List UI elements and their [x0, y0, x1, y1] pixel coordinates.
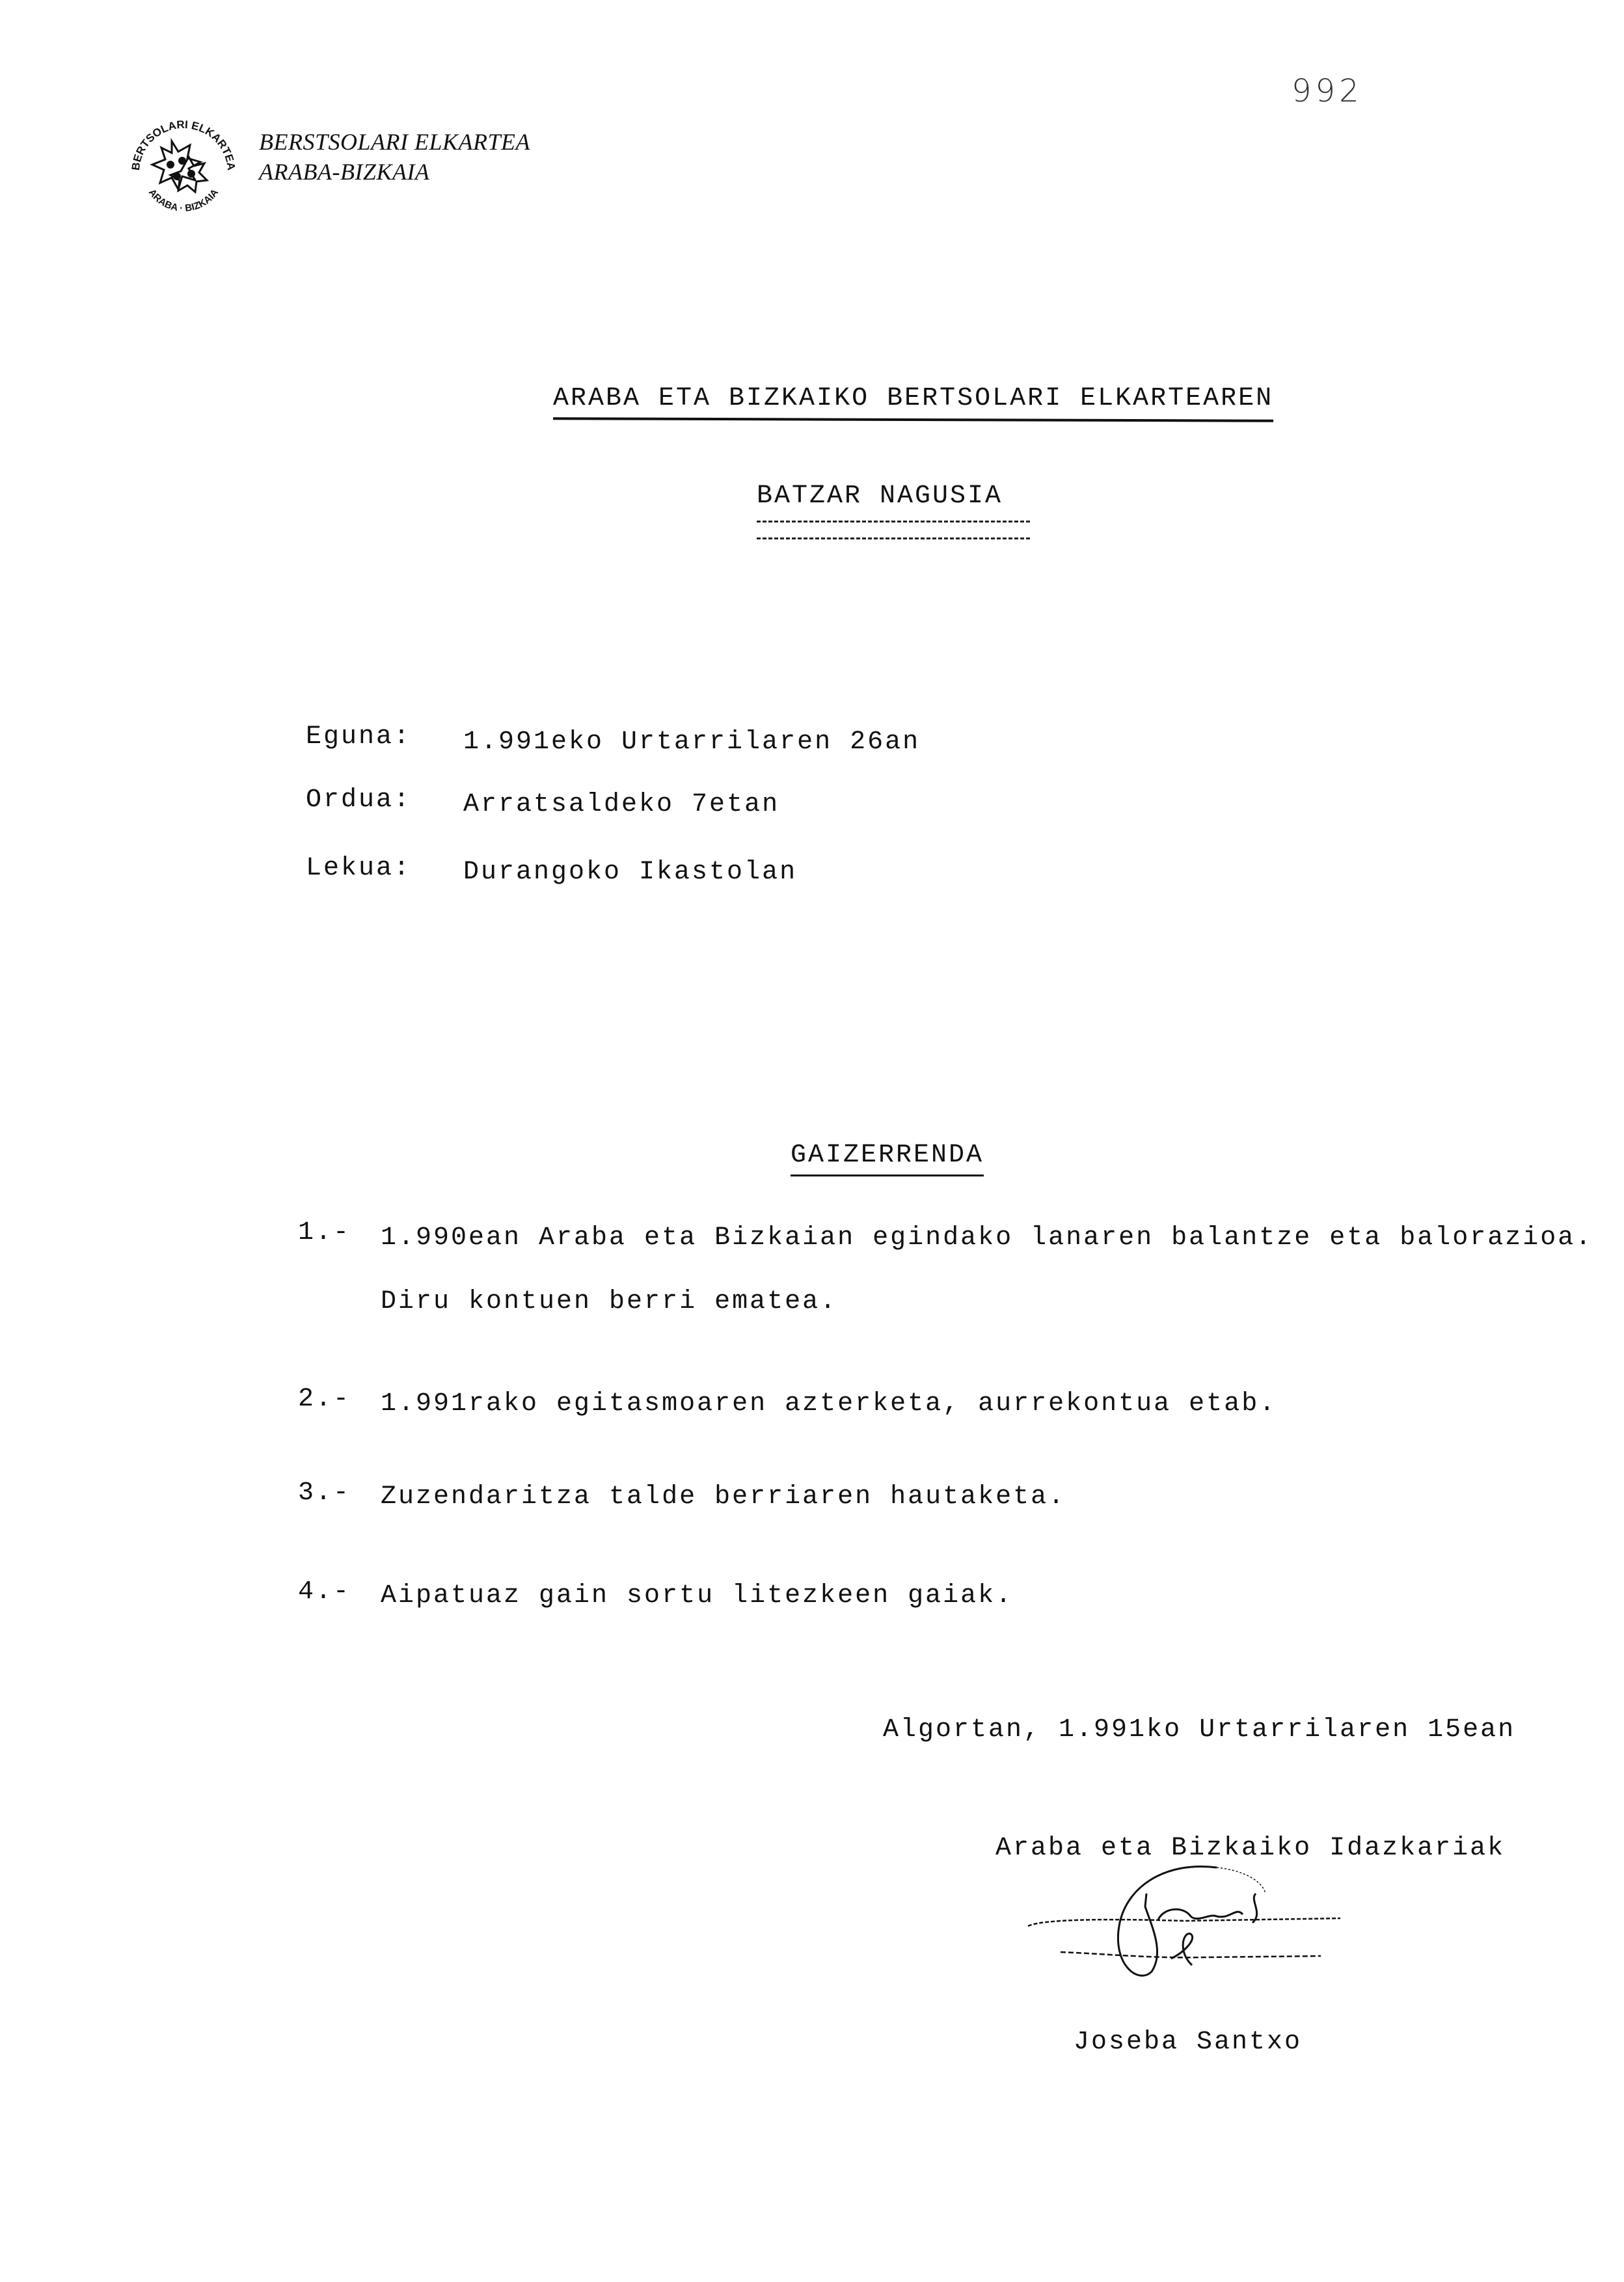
meeting-place-label: Lekua:	[306, 854, 411, 883]
seal-ring-bottom: ARABA · BIZKAIA	[146, 187, 221, 213]
agenda-item-text: Aipatuaz gain sortu litezkeen gaiak.	[381, 1581, 1013, 1610]
agenda-item-text: 1.991rako egitasmoaren azterketa, aurrek…	[381, 1389, 1277, 1419]
agenda-item-number: 4.-	[298, 1577, 351, 1607]
meeting-time-label: Ordua:	[306, 785, 411, 815]
svg-text:ARABA · BIZKAIA: ARABA · BIZKAIA	[146, 187, 221, 213]
signatory-name: Joseba Santxo	[1074, 2028, 1302, 2057]
document-title: ARABA ETA BIZKAIKO BERTSOLARI ELKARTEARE…	[553, 384, 1273, 413]
agenda-title-underline	[791, 1175, 984, 1176]
title-underline	[553, 417, 1273, 422]
agenda-title: GAIZERRENDA	[791, 1141, 984, 1170]
agenda-item-number: 3.-	[298, 1478, 351, 1508]
organization-name: BERSTSOLARI ELKARTEA ARABA-BIZKAIA	[259, 127, 530, 187]
document-subtitle-text: BATZAR NAGUSIA	[757, 482, 1003, 511]
meeting-date-label: Eguna:	[306, 722, 411, 752]
organization-seal-icon: BERTSOLARI ELKARTEA ARABA · BIZKAIA	[125, 107, 242, 224]
subtitle-dashed-underline-1	[757, 521, 1030, 523]
agenda-item-text: Zuzendaritza talde berriaren hautaketa.	[381, 1482, 1066, 1512]
signature-icon	[1022, 1854, 1360, 1985]
document-subtitle: BATZAR NAGUSIA	[757, 482, 1003, 511]
agenda-item-text-continued: Diru kontuen berri ematea.	[381, 1287, 837, 1316]
organization-line-1: BERSTSOLARI ELKARTEA	[259, 127, 530, 157]
agenda-item-number: 1.-	[298, 1218, 351, 1247]
handwritten-page-number: 992	[1292, 73, 1363, 109]
meeting-place-value: Durangoko Ikastolan	[463, 858, 797, 887]
agenda-item-text: 1.990ean Araba eta Bizkaian egindako lan…	[381, 1223, 1593, 1253]
subtitle-dashed-underline-2	[757, 537, 1030, 539]
document-title-text: ARABA ETA BIZKAIKO BERTSOLARI ELKARTEARE…	[553, 384, 1273, 413]
organization-line-2: ARABA-BIZKAIA	[259, 157, 530, 187]
agenda-title-text: GAIZERRENDA	[791, 1141, 984, 1170]
agenda-item-number: 2.-	[298, 1385, 351, 1414]
meeting-date-value: 1.991eko Urtarrilaren 26an	[463, 727, 920, 757]
place-and-date: Algortan, 1.991ko Urtarrilaren 15ean	[883, 1715, 1515, 1745]
meeting-time-value: Arratsaldeko 7etan	[463, 790, 779, 819]
